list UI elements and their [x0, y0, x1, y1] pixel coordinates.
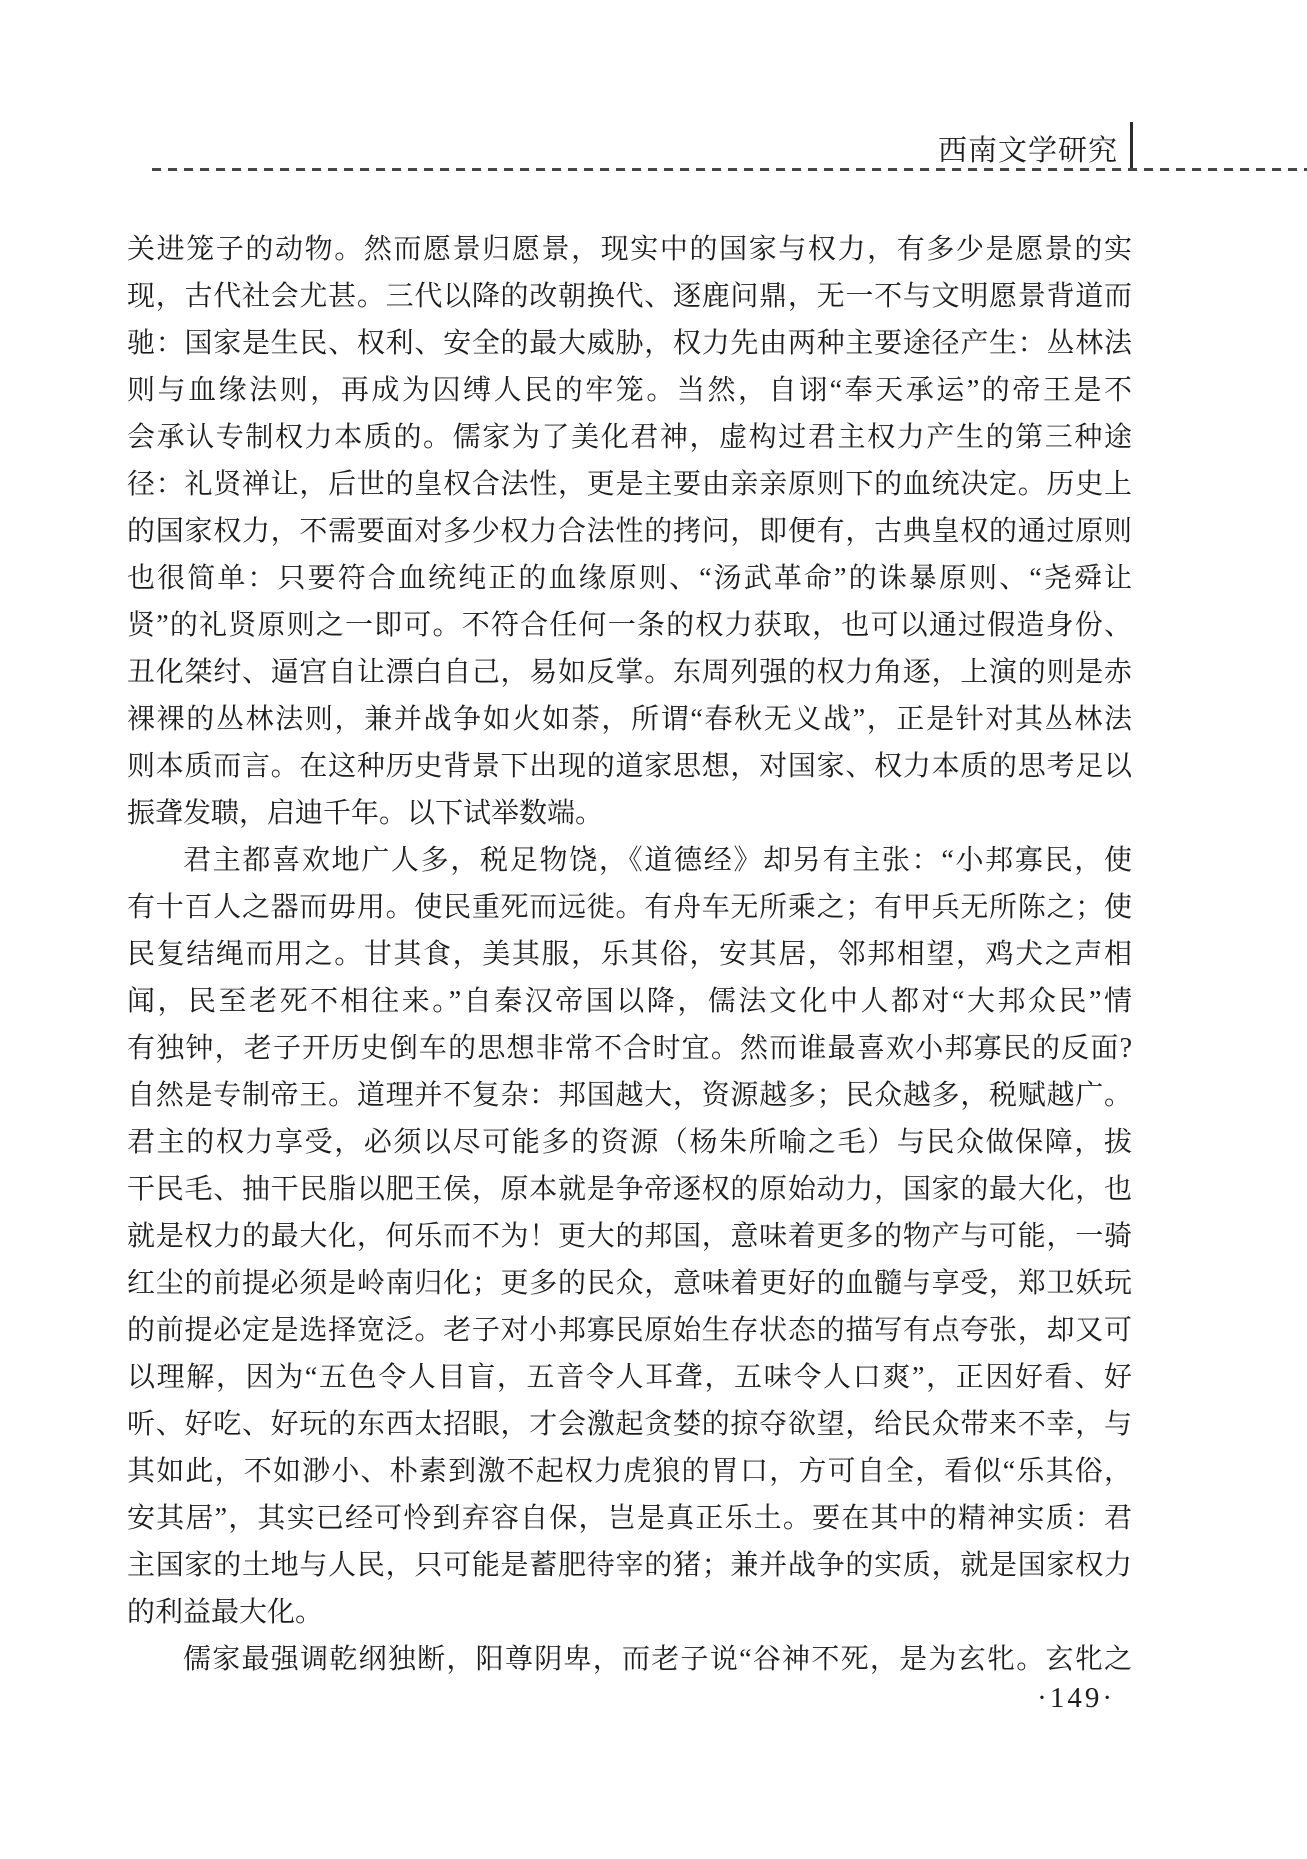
- text-line: 其如此，不如渺小、朴素到激不起权力虎狼的胃口，方可自全，看似“乐其俗，: [127, 1448, 1132, 1495]
- text-line: 振聋发聩，启迪千年。以下试举数端。: [127, 790, 1132, 837]
- text-line: 君主都喜欢地广人多，税足物饶，《道德经》却另有主张：“小邦寡民，使: [127, 837, 1132, 884]
- text-line: 现，古代社会尤甚。三代以降的改朝换代、逐鹿问鼎，无一不与文明愿景背道而: [127, 273, 1132, 320]
- text-line: 径：礼贤禅让，后世的皇权合法性，更是主要由亲亲原则下的血统决定。历史上: [127, 461, 1132, 508]
- page-number: ·149·: [1037, 1682, 1115, 1715]
- text-line: 的利益最大化。: [127, 1589, 1132, 1636]
- text-line: 驰：国家是生民、权利、安全的最大威胁，权力先由两种主要途径产生：丛林法: [127, 320, 1132, 367]
- header-divider-bar: [1130, 122, 1133, 170]
- text-line: 安其居”，其实已经可怜到弃容自保，岂是真正乐土。要在其中的精神实质：君: [127, 1495, 1132, 1542]
- text-line: 儒家最强调乾纲独断，阳尊阴卑，而老子说“谷神不死，是为玄牝。玄牝之: [127, 1636, 1132, 1683]
- journal-title: 西南文学研究: [938, 128, 1118, 169]
- text-line: 有独钟，老子开历史倒车的思想非常不合时宜。然而谁最喜欢小邦寡民的反面?: [127, 1025, 1132, 1072]
- text-line: 则与血缘法则，再成为囚缚人民的牢笼。当然，自诩“奉天承运”的帝王是不: [127, 367, 1132, 414]
- text-line: 君主的权力享受，必须以尽可能多的资源（杨朱所喻之毛）与民众做保障，拔: [127, 1119, 1132, 1166]
- text-line: 丑化桀纣、逼宫自让漂白自己，易如反掌。东周列强的权力角逐，上演的则是赤: [127, 649, 1132, 696]
- text-line: 闻，民至老死不相往来。”自秦汉帝国以降，儒法文化中人都对“大邦众民”情: [127, 978, 1132, 1025]
- text-line: 也很简单：只要符合血统纯正的血缘原则、“汤武革命”的诛暴原则、“尧舜让: [127, 555, 1132, 602]
- header-dashed-rule: [152, 168, 1307, 171]
- text-line: 主国家的土地与人民，只可能是蓄肥待宰的猪；兼并战争的实质，就是国家权力: [127, 1542, 1132, 1589]
- text-line: 红尘的前提必须是岭南归化；更多的民众，意味着更好的血髓与享受，郑卫妖玩: [127, 1260, 1132, 1307]
- text-line: 的国家权力，不需要面对多少权力合法性的拷问，即便有，古典皇权的通过原则: [127, 508, 1132, 555]
- text-line: 裸裸的丛林法则，兼并战争如火如荼，所谓“春秋无义战”，正是针对其丛林法: [127, 696, 1132, 743]
- text-line: 的前提必定是选择宽泛。老子对小邦寡民原始生存状态的描写有点夸张，却又可: [127, 1307, 1132, 1354]
- text-line: 干民毛、抽干民脂以肥王侯，原本就是争帝逐权的原始动力，国家的最大化，也: [127, 1166, 1132, 1213]
- text-line: 听、好吃、好玩的东西太招眼，才会激起贪婪的掠夺欲望，给民众带来不幸，与: [127, 1401, 1132, 1448]
- text-line: 会承认专制权力本质的。儒家为了美化君神，虚构过君主权力产生的第三种途: [127, 414, 1132, 461]
- text-line: 则本质而言。在这种历史背景下出现的道家思想，对国家、权力本质的思考足以: [127, 743, 1132, 790]
- document-page: 西南文学研究 关进笼子的动物。然而愿景归愿景，现实中的国家与权力，有多少是愿景的…: [0, 0, 1307, 1859]
- text-line: 以理解，因为“五色令人目盲，五音令人耳聋，五味令人口爽”，正因好看、好: [127, 1354, 1132, 1401]
- text-line: 关进笼子的动物。然而愿景归愿景，现实中的国家与权力，有多少是愿景的实: [127, 226, 1132, 273]
- text-line: 自然是专制帝王。道理并不复杂：邦国越大，资源越多；民众越多，税赋越广。: [127, 1072, 1132, 1119]
- text-line: 贤”的礼贤原则之一即可。不符合任何一条的权力获取，也可以通过假造身份、: [127, 602, 1132, 649]
- text-line: 就是权力的最大化，何乐而不为！更大的邦国，意味着更多的物产与可能，一骑: [127, 1213, 1132, 1260]
- text-line: 有十百人之器而毋用。使民重死而远徙。有舟车无所乘之；有甲兵无所陈之；使: [127, 884, 1132, 931]
- body-text: 关进笼子的动物。然而愿景归愿景，现实中的国家与权力，有多少是愿景的实现，古代社会…: [127, 226, 1132, 1683]
- text-line: 民复结绳而用之。甘其食，美其服，乐其俗，安其居，邻邦相望，鸡犬之声相: [127, 931, 1132, 978]
